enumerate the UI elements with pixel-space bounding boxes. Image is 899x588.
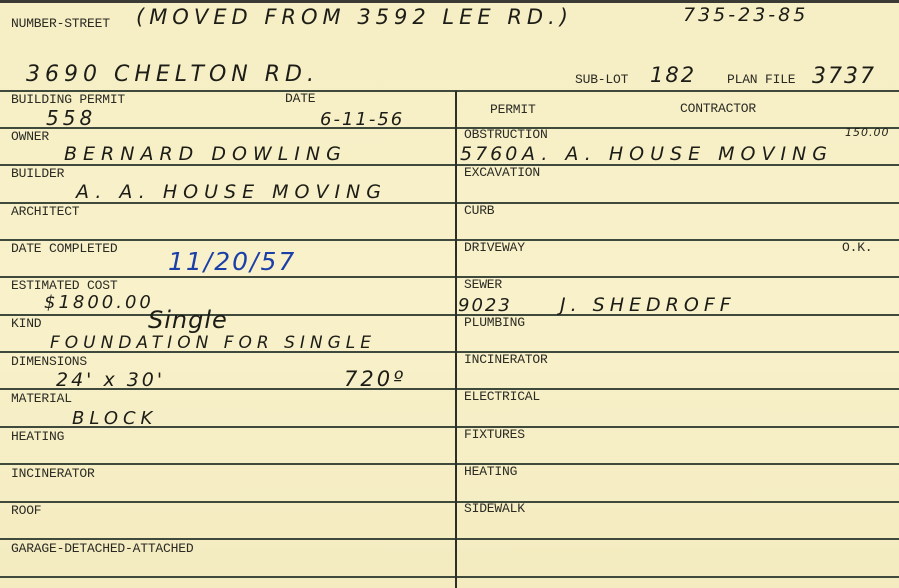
fixtures-label: FIXTURES (464, 428, 525, 441)
rule (0, 463, 899, 465)
owner-label: OWNER (11, 130, 49, 143)
incinerator-label: INCINERATOR (11, 467, 95, 480)
obstruction-contractor: A. A. HOUSE MOVING (522, 145, 833, 164)
heating-permit-label: HEATING (464, 465, 517, 478)
column-divider (455, 91, 457, 588)
obstruction-amount: 150.00 (845, 127, 890, 138)
sewer-contractor: J. SHEDROFF (560, 296, 736, 315)
rule (0, 314, 899, 316)
incinerator-permit-label: INCINERATOR (464, 353, 548, 366)
contractor-column-header: CONTRACTOR (680, 102, 756, 115)
driveway-status: O.K. (842, 241, 872, 254)
architect-label: ARCHITECT (11, 205, 79, 218)
sewer-label: SEWER (464, 278, 502, 291)
kind-label: KIND (11, 317, 41, 330)
plumbing-label: PLUMBING (464, 316, 525, 329)
plan-file-value: 3737 (812, 66, 876, 88)
garage-label: GARAGE-DETACHED-ATTACHED (11, 542, 193, 555)
building-permit-value: 558 (46, 108, 96, 128)
kind-note: FOUNDATION FOR SINGLE (50, 335, 376, 352)
rule (0, 501, 899, 503)
sewer-permit: 9023 (458, 297, 512, 315)
estimated-cost-value: $1800.00 (44, 294, 154, 312)
material-value: BLOCK (72, 410, 157, 428)
date-completed-value: 11/20/57 (168, 249, 296, 274)
material-label: MATERIAL (11, 392, 72, 405)
excavation-label: EXCAVATION (464, 166, 540, 179)
curb-label: CURB (464, 204, 494, 217)
owner-value: BERNARD DOWLING (64, 145, 347, 164)
number-street-label: NUMBER-STREET (11, 17, 110, 30)
plan-file-label: PLAN FILE (727, 73, 795, 86)
rule-header (0, 90, 899, 92)
electrical-label: ELECTRICAL (464, 390, 540, 403)
builder-value: A. A. HOUSE MOVING (76, 183, 387, 202)
driveway-label: DRIVEWAY (464, 241, 525, 254)
sub-lot-value: 182 (650, 65, 696, 86)
moved-from-note: (MOVED FROM 3592 LEE RD.) (136, 7, 573, 28)
area-value: 720º (344, 369, 406, 390)
sidewalk-label: SIDEWALK (464, 502, 525, 515)
permit-column-header: PERMIT (490, 103, 536, 116)
dimensions-label: DIMENSIONS (11, 355, 87, 368)
rule (0, 239, 899, 241)
rule (0, 538, 899, 540)
kind-value: Single (148, 308, 228, 332)
date-value: 6-11-56 (320, 111, 404, 129)
rule (0, 576, 899, 578)
obstruction-permit: 5760 (460, 145, 520, 164)
rule (0, 127, 899, 129)
roof-label: ROOF (11, 504, 41, 517)
builder-label: BUILDER (11, 167, 64, 180)
obstruction-label: OBSTRUCTION (464, 128, 548, 141)
sub-lot-label: SUB-LOT (575, 73, 628, 86)
dimensions-value: 24' x 30' (56, 371, 165, 390)
card-top-edge (0, 0, 899, 3)
parcel-number: 735-23-85 (683, 6, 808, 25)
building-permit-label: BUILDING PERMIT (11, 93, 125, 106)
estimated-cost-label: ESTIMATED COST (11, 279, 117, 292)
date-completed-label: DATE COMPLETED (11, 242, 117, 255)
heating-label: HEATING (11, 430, 64, 443)
street-address: 3690 CHELTON RD. (26, 64, 319, 86)
rule (0, 276, 899, 278)
date-label: DATE (285, 92, 315, 105)
